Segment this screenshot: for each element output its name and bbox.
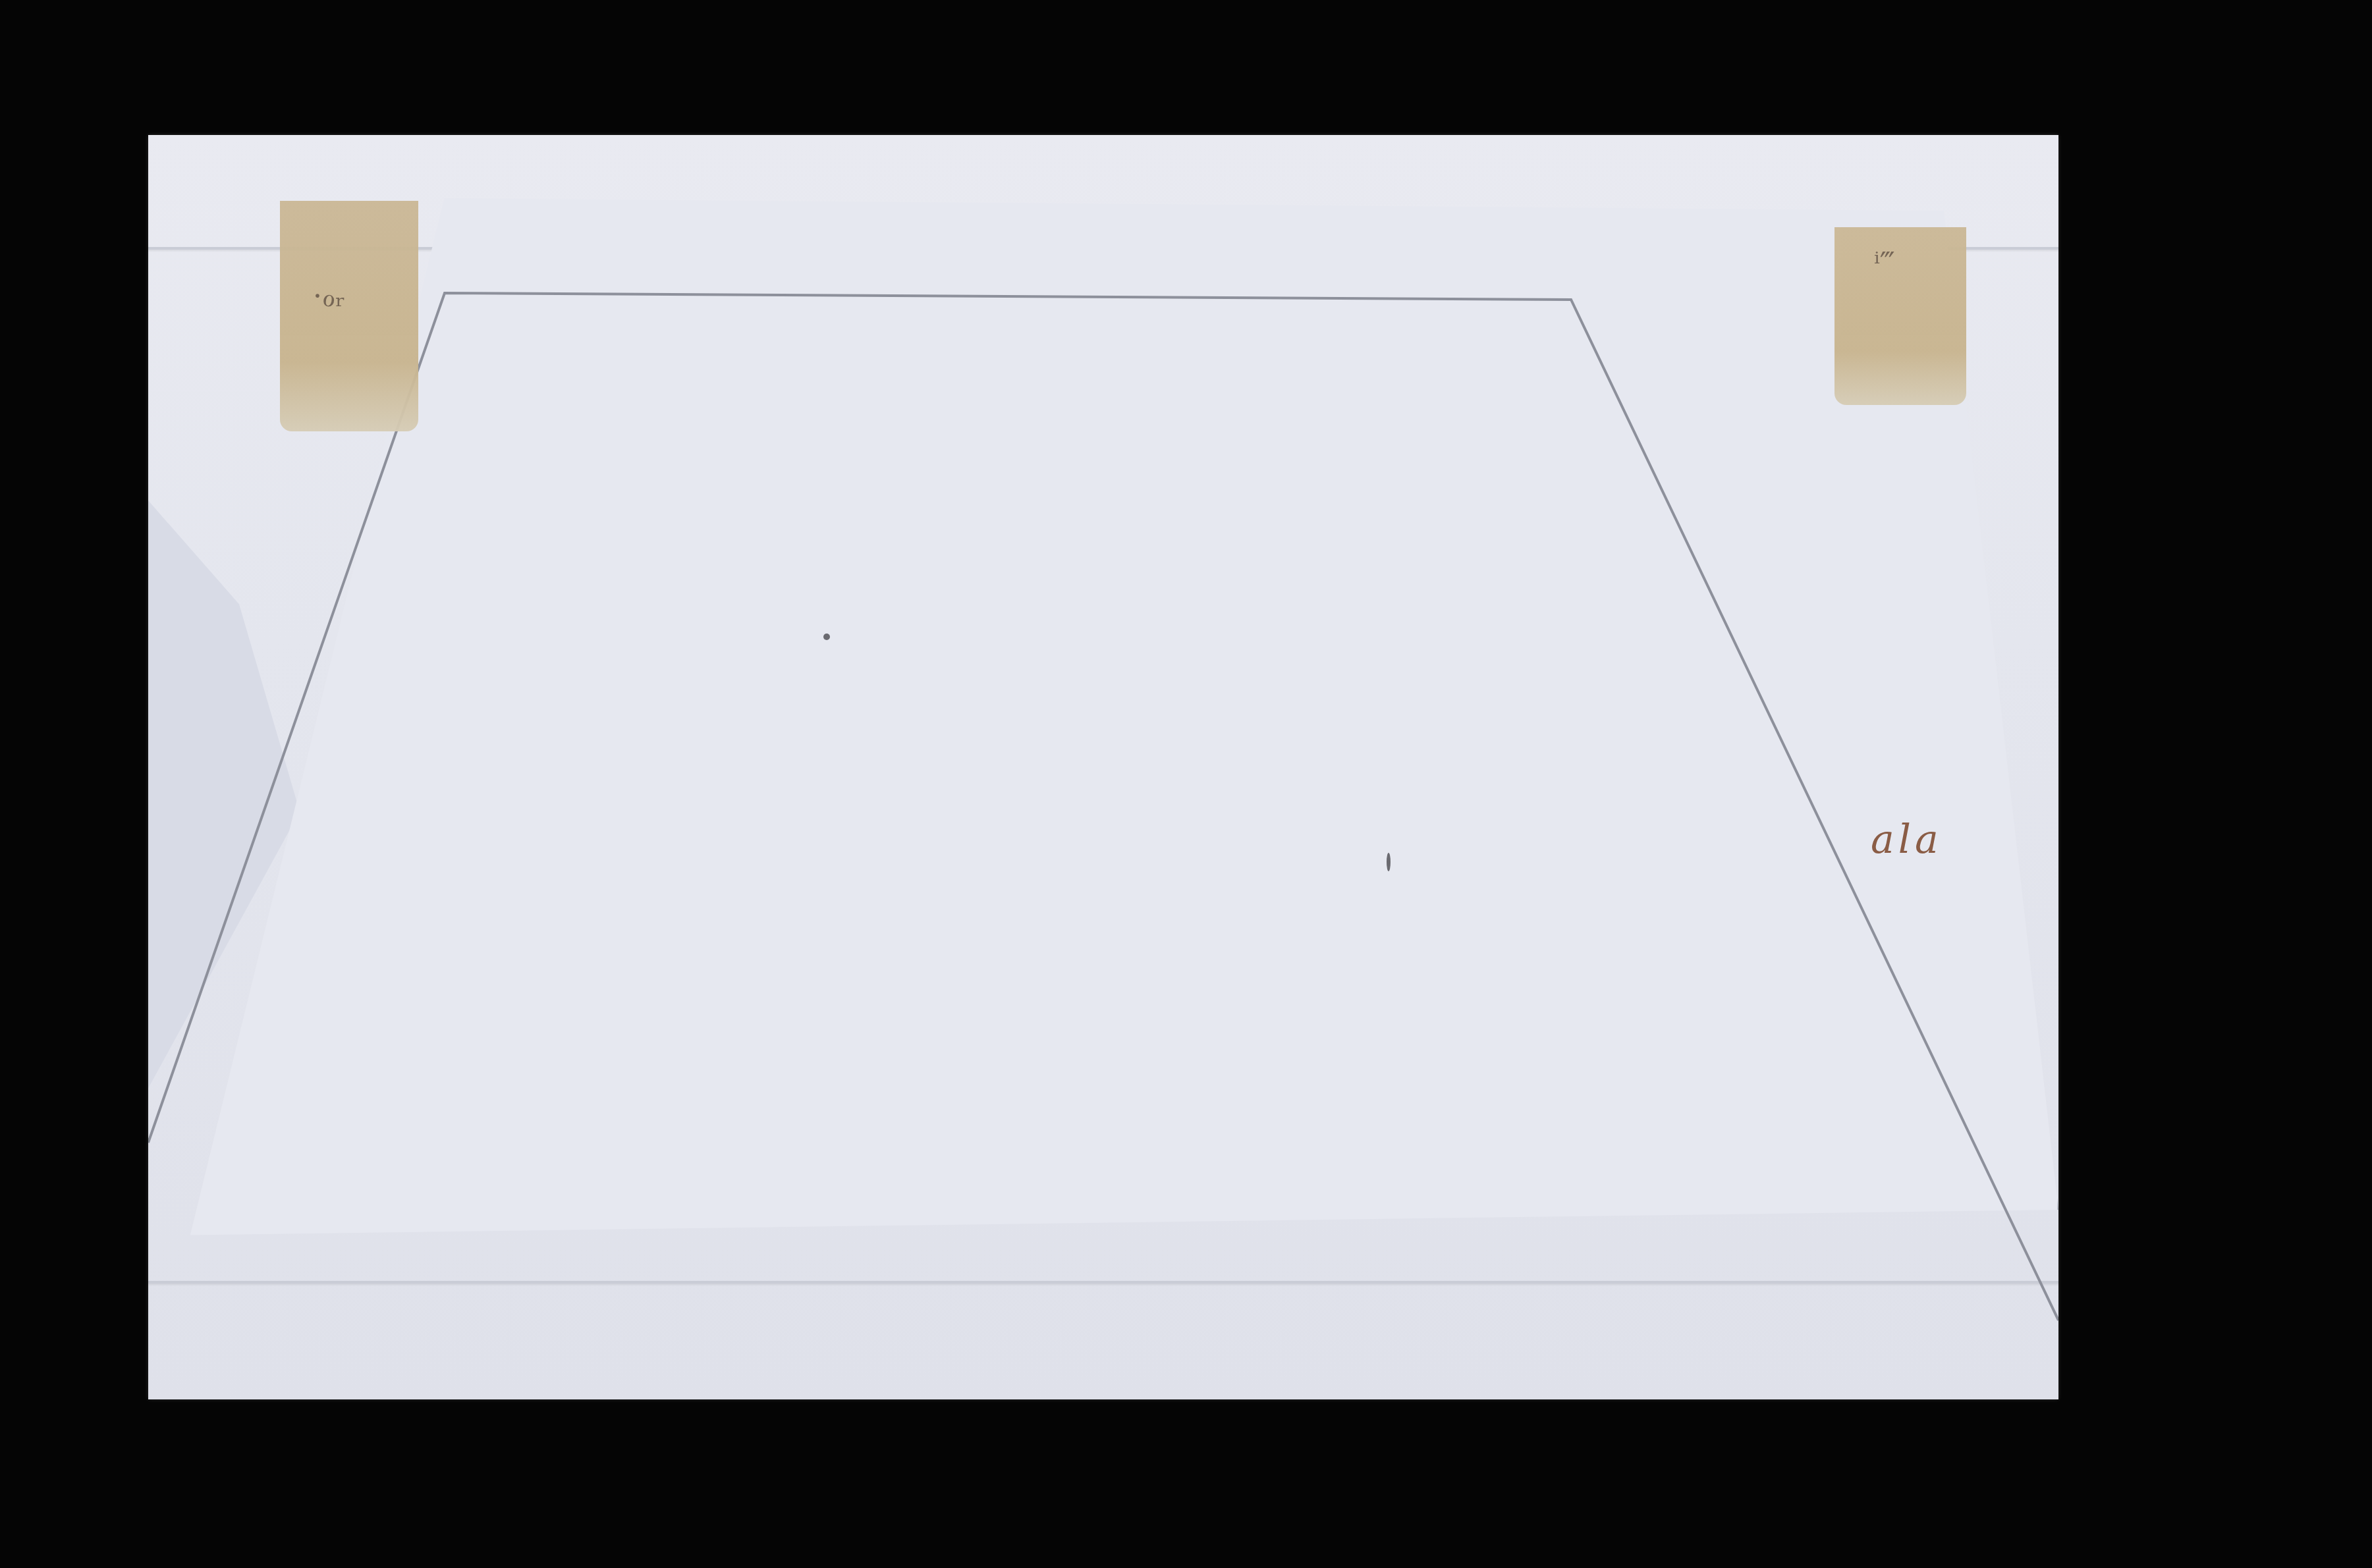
handwritten-text: ala [1871,817,1943,863]
hinge-mark-left: ·ℴᵣ [313,280,346,313]
hinge-mark-right: ⁱ‴ [1874,247,1895,281]
bottom-fold-line [148,1281,2058,1284]
stamp-hinge-left: ·ℴᵣ [280,201,418,431]
center-flap [148,135,2058,1399]
stamp-hinge-right: ⁱ‴ [1834,227,1966,405]
envelope-back: ·ℴᵣ ⁱ‴ [148,135,2058,1399]
ink-spot [823,634,830,640]
ink-spot [1387,853,1391,871]
